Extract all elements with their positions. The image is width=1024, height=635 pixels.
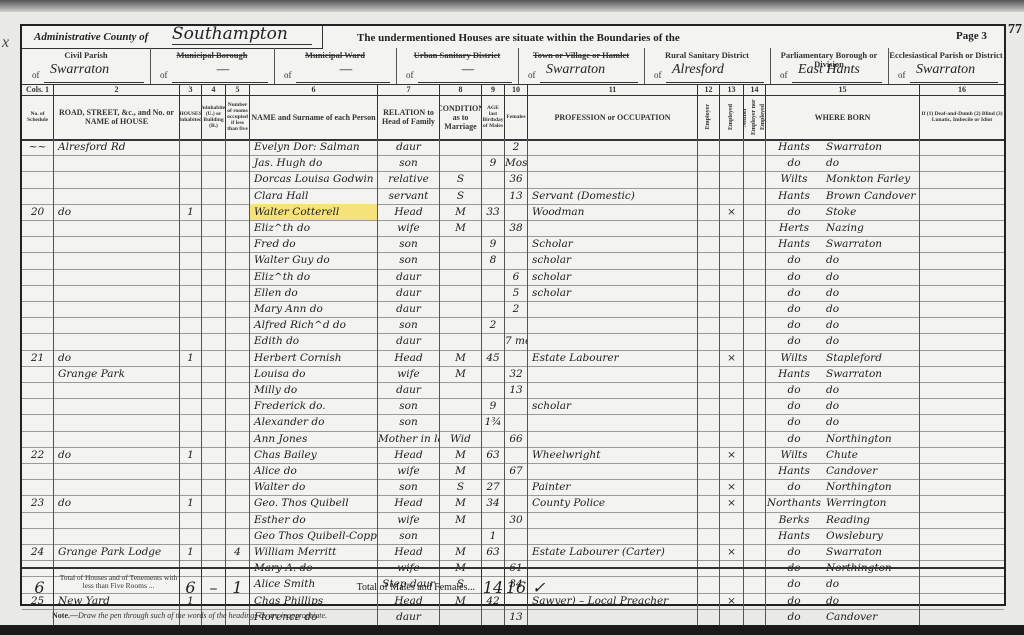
cell-age-f: 32 [505,366,528,382]
cell-name: Jas. Hugh do [250,155,378,171]
cell-employer [698,609,720,625]
cell-neither [744,479,766,495]
cell-employer [698,447,720,463]
cell-employer [698,495,720,511]
cell-relation: relative [378,171,440,187]
cell-relation: son [378,252,440,268]
cell-relation: son [378,528,440,544]
cell-neither [744,317,766,333]
cell-born-place: Werrington [822,495,920,511]
cell-born-county: do [766,285,822,301]
district-municipal-borough: Municipal Borough of — [150,48,275,84]
cell-inhabited [180,366,202,382]
table-row: Grange ParkLouisa dowifeM32HantsSwarrato… [22,366,1004,383]
cell-condition [440,285,482,301]
cell-relation: son [378,398,440,414]
cell-occupation: Estate Labourer (Carter) [528,544,698,560]
cell-address: do [54,204,180,220]
cell-age-f [505,544,528,560]
cell-rooms [226,269,250,285]
cell-employer [698,220,720,236]
cell-age-f [505,398,528,414]
cell-inhabited: 1 [180,495,202,511]
cell-occupation: scholar [528,398,698,414]
cell-infirmity [920,366,1004,382]
cell-address: do [54,495,180,511]
cell-born-county: Hants [766,528,822,544]
cell-employed [720,317,744,333]
cell-employed: × [720,350,744,366]
table-row: 20do1Walter CotterellHeadM33Woodman×doSt… [22,204,1004,221]
cell-employer [698,414,720,430]
cell-infirmity [920,495,1004,511]
cell-schedule: 24 [22,544,54,560]
cell-rooms [226,285,250,301]
district-urban-sanitary: Urban Sanitary District of — [396,48,519,84]
cell-age-f [505,350,528,366]
cell-neither [744,350,766,366]
cell-employer [698,139,720,155]
cell-age-f: Mos. [505,155,528,171]
cell-name: Milly do [250,382,378,398]
cell-infirmity [920,204,1004,220]
cell-uninhabited [202,431,226,447]
table-row: ~~Alresford RdEvelyn Dor: Salmandaur2Han… [22,139,1004,156]
cell-neither [744,544,766,560]
cell-employed [720,398,744,414]
cell-born-county: Hants [766,236,822,252]
cell-born-county: do [766,301,822,317]
cell-schedule [22,366,54,382]
cell-uninhabited [202,414,226,430]
cell-relation: wife [378,366,440,382]
cell-relation: Mother in law [378,431,440,447]
column-headers: No. of Schedule ROAD, STREET, &c., and N… [22,95,1004,141]
cell-uninhabited [202,188,226,204]
cell-inhabited: 1 [180,544,202,560]
col-header-rooms: Number of rooms occupied if less than fi… [226,95,250,139]
col-header-address: ROAD, STREET, &c., and No. or NAME of HO… [54,95,180,139]
cell-neither [744,155,766,171]
cell-age-m [482,139,505,155]
cell-neither [744,139,766,155]
cell-age-m: 9 [482,398,505,414]
cell-address: Grange Park [54,366,180,382]
cell-infirmity [920,512,1004,528]
cell-relation: son [378,414,440,430]
cell-age-f [505,495,528,511]
cell-relation: Head [378,495,440,511]
table-row: 21do1Herbert CornishHeadM45Estate Labour… [22,350,1004,367]
table-row: Mary Ann dodaur2dodo [22,301,1004,318]
cell-uninhabited [202,317,226,333]
cell-born-place: Nazing [822,220,920,236]
cell-born-county: Northants [766,495,822,511]
cell-uninhabited [202,269,226,285]
cell-age-f: 13 [505,609,528,625]
table-row: Eliz^th dowifeM38HertsNazing [22,220,1004,237]
cell-condition [440,252,482,268]
cell-employer [698,155,720,171]
cell-rooms [226,188,250,204]
cell-employer [698,512,720,528]
cell-uninhabited [202,333,226,349]
cell-infirmity [920,463,1004,479]
cell-neither [744,431,766,447]
col-header-age-females: Females [505,95,528,139]
folio-number: 77 [1008,22,1022,38]
cell-infirmity [920,317,1004,333]
cell-address [54,285,180,301]
cell-age-m: 33 [482,204,505,220]
cell-age-m: 63 [482,544,505,560]
cell-condition: M [440,463,482,479]
cell-name: Fred do [250,236,378,252]
cell-inhabited [180,236,202,252]
col-header-relation: RELATION to Head of Family [378,95,440,139]
cell-employed [720,285,744,301]
cell-address [54,155,180,171]
cell-neither [744,609,766,625]
cell-rooms [226,236,250,252]
cell-uninhabited [202,512,226,528]
cell-infirmity [920,544,1004,560]
cell-inhabited [180,528,202,544]
table-row: Walter dosonS27Painter×doNorthington [22,479,1004,496]
cell-born-county: do [766,317,822,333]
cell-inhabited [180,512,202,528]
total-schedules: 6 [22,569,54,606]
cell-condition: M [440,495,482,511]
cell-age-m: 2 [482,317,505,333]
cell-name: William Merritt [250,544,378,560]
cell-inhabited: 1 [180,447,202,463]
cell-born-county: Herts [766,220,822,236]
cell-name: Chas Bailey [250,447,378,463]
cell-uninhabited [202,301,226,317]
cell-rooms [226,495,250,511]
total-uninhabited: – [202,569,226,606]
cell-occupation [528,528,698,544]
col-header-where-born: WHERE BORN [766,95,920,139]
cell-age-f: 6 [505,269,528,285]
cell-inhabited [180,252,202,268]
cell-age-m: 34 [482,495,505,511]
ecclesiastical-value: Swarraton [910,62,998,83]
cell-age-m [482,269,505,285]
cell-born-county: do [766,414,822,430]
cell-inhabited: 1 [180,350,202,366]
cell-occupation [528,431,698,447]
cell-condition [440,414,482,430]
cell-employed [720,528,744,544]
cell-employer [698,252,720,268]
cell-born-county: do [766,431,822,447]
cell-born-place: Swarraton [822,544,920,560]
cell-rooms [226,382,250,398]
cell-rooms [226,171,250,187]
col-header-employed: Employed [720,95,744,139]
cell-condition [440,317,482,333]
cell-employer [698,204,720,220]
cell-employed [720,188,744,204]
cell-rooms [226,512,250,528]
cell-name: Walter Guy do [250,252,378,268]
table-row: Milly dodaur13dodo [22,382,1004,399]
census-page: x 77 Administrative County of Southampto… [0,0,1024,628]
cell-schedule [22,236,54,252]
cell-relation: son [378,155,440,171]
cell-occupation [528,414,698,430]
cell-age-f [505,236,528,252]
cell-occupation [528,609,698,625]
table-row: Walter Guy doson8scholardodo [22,252,1004,269]
cell-age-m [482,171,505,187]
cell-born-place: Candover [822,463,920,479]
cell-condition [440,398,482,414]
cell-born-county: do [766,204,822,220]
cell-infirmity [920,528,1004,544]
totals-row: 6 Total of Houses and of Tenements with … [22,567,1004,606]
cell-relation: daur [378,382,440,398]
cell-employed [720,236,744,252]
cell-age-m: 8 [482,252,505,268]
cell-born-place: Swarraton [822,139,920,155]
cell-infirmity [920,236,1004,252]
cell-condition [440,269,482,285]
cell-born-county: do [766,398,822,414]
cell-born-county: Hants [766,139,822,155]
cell-condition [440,155,482,171]
cell-born-place: do [822,382,920,398]
total-inhabited: 6 [180,569,202,606]
table-row: Alfred Rich^d doson2dodo [22,317,1004,334]
cell-schedule [22,188,54,204]
cell-schedule [22,431,54,447]
cell-condition: Wid [440,431,482,447]
cell-age-m [482,512,505,528]
cell-employed [720,171,744,187]
table-row: Dorcas Louisa GodwinrelativeS36WiltsMonk… [22,171,1004,188]
cell-neither [744,269,766,285]
cell-occupation [528,366,698,382]
cell-name: Geo Thos Quibell-Copp [250,528,378,544]
parliamentary-value: East Hants [792,62,882,83]
cell-born-county: do [766,155,822,171]
total-females: 16 [505,569,528,606]
cell-name: Herbert Cornish [250,350,378,366]
civil-parish-value: Swarraton [44,62,144,83]
cell-rooms [226,398,250,414]
cell-schedule [22,528,54,544]
cell-age-f: 2 [505,139,528,155]
cell-schedule [22,269,54,285]
cell-schedule [22,171,54,187]
cell-employed [720,431,744,447]
cell-employer [698,333,720,349]
cell-address [54,333,180,349]
administrative-county-label: Administrative County of [34,31,148,43]
cell-address [54,220,180,236]
cell-age-f [505,252,528,268]
cell-uninhabited [202,350,226,366]
cell-schedule [22,155,54,171]
cell-employer [698,269,720,285]
total-persons-label: Total of Males and Females... [250,569,482,606]
cell-born-place: Stapleford [822,350,920,366]
cell-age-f: 2 [505,301,528,317]
cell-neither [744,382,766,398]
footnote: Note.—Draw the pen through such of the w… [52,611,327,620]
cell-neither [744,495,766,511]
col-header-infirmity: If (1) Deaf-and-Dumb (2) Blind (3) Lunat… [920,95,1004,139]
cell-employed: × [720,447,744,463]
cell-neither [744,285,766,301]
cell-neither [744,463,766,479]
cell-age-m: 27 [482,479,505,495]
cell-address: do [54,447,180,463]
cell-rooms [226,155,250,171]
cell-name: Eliz^th do [250,269,378,285]
cell-born-place: Northington [822,479,920,495]
cell-neither [744,333,766,349]
cell-employer [698,463,720,479]
cell-rooms [226,350,250,366]
cell-uninhabited [202,382,226,398]
cell-uninhabited [202,463,226,479]
cell-address [54,317,180,333]
cell-age-f [505,528,528,544]
cell-employed [720,139,744,155]
cell-employer [698,317,720,333]
cell-born-place: do [822,285,920,301]
cell-condition [440,382,482,398]
cell-condition: M [440,204,482,220]
cell-employed [720,609,744,625]
cell-employer [698,285,720,301]
cell-inhabited [180,269,202,285]
cell-address [54,382,180,398]
cell-name: Alfred Rich^d do [250,317,378,333]
cell-age-f [505,204,528,220]
cell-born-place: Northington [822,431,920,447]
cell-infirmity [920,301,1004,317]
cell-infirmity [920,220,1004,236]
cell-age-m: 45 [482,350,505,366]
cell-employed [720,220,744,236]
cell-age-f: 13 [505,382,528,398]
cell-occupation [528,382,698,398]
cell-employed [720,366,744,382]
cell-employed: × [720,544,744,560]
cell-born-county: do [766,609,822,625]
table-row: 22do1Chas BaileyHeadM63Wheelwright×Wilts… [22,447,1004,464]
cell-relation: Head [378,350,440,366]
cell-address [54,431,180,447]
cell-born-county: Hants [766,188,822,204]
cell-occupation [528,155,698,171]
cell-employed: × [720,495,744,511]
cell-born-place: do [822,301,920,317]
cell-relation: daur [378,333,440,349]
cell-occupation: Scholar [528,236,698,252]
cell-uninhabited [202,398,226,414]
cell-employer [698,431,720,447]
cell-rooms [226,301,250,317]
cell-rooms [226,366,250,382]
cell-age-f: 7 mos [505,333,528,349]
margin-mark: x [2,34,9,52]
cell-condition [440,139,482,155]
table-row: Jas. Hugh doson9Mos.dodo [22,155,1004,172]
cell-schedule [22,285,54,301]
district-parliamentary: Parliamentary Borough or Division of Eas… [770,48,889,84]
cell-uninhabited [202,447,226,463]
cell-born-place: Monkton Farley [822,171,920,187]
cell-uninhabited [202,285,226,301]
cell-born-place: Brown Candover [822,188,920,204]
cell-occupation [528,139,698,155]
cell-employed: × [720,204,744,220]
cell-age-m [482,220,505,236]
table-row: Edith dodaur7 mosdodo [22,333,1004,350]
cell-born-place: do [822,333,920,349]
cell-born-place: Reading [822,512,920,528]
cell-employed [720,301,744,317]
cell-age-m [482,366,505,382]
cell-uninhabited [202,366,226,382]
cell-occupation [528,317,698,333]
cell-condition [440,528,482,544]
cell-uninhabited [202,155,226,171]
cell-occupation: Servant (Domestic) [528,188,698,204]
cell-name: Alice do [250,463,378,479]
cell-inhabited [180,333,202,349]
cell-employed [720,252,744,268]
cell-neither [744,236,766,252]
cell-occupation: County Police [528,495,698,511]
administrative-county-value: Southampton [172,24,312,45]
cell-uninhabited [202,252,226,268]
cell-condition: M [440,544,482,560]
cell-age-f [505,317,528,333]
cell-address [54,171,180,187]
cell-employed [720,155,744,171]
cell-employed [720,333,744,349]
cell-age-m: 63 [482,447,505,463]
cell-inhabited [180,188,202,204]
cell-occupation [528,333,698,349]
cell-born-place: Owslebury [822,528,920,544]
cell-neither [744,252,766,268]
cell-schedule: 20 [22,204,54,220]
col-header-uninhabited: Uninhabited (U.) or Building (B.) [202,95,226,139]
cell-born-place: Swarraton [822,236,920,252]
cell-condition: M [440,447,482,463]
town-village-value: Swarraton [540,62,638,83]
cell-employed [720,414,744,430]
form-title: The undermentioned Houses are situate wi… [357,32,680,44]
cell-age-f [505,447,528,463]
cell-uninhabited [202,528,226,544]
cell-employer [698,398,720,414]
cell-infirmity [920,398,1004,414]
cell-infirmity [920,414,1004,430]
cell-schedule: ~~ [22,139,54,155]
cell-relation: servant [378,188,440,204]
cell-relation: son [378,317,440,333]
cell-rooms [226,463,250,479]
